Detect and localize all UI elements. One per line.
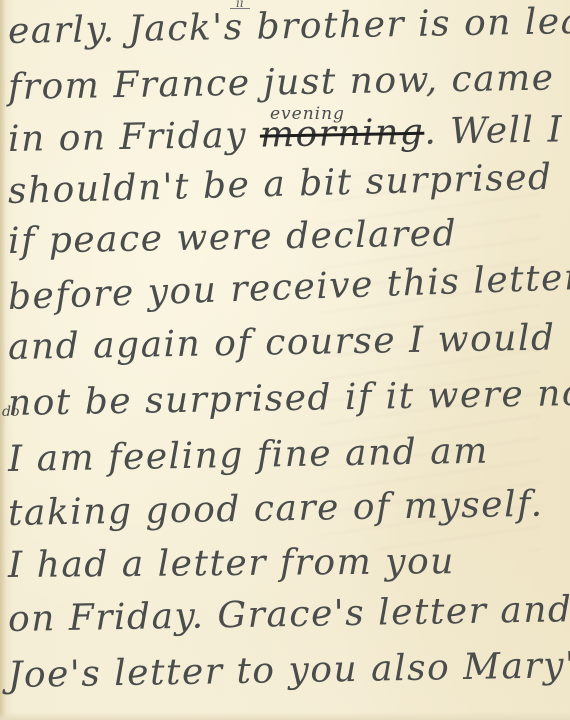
handwritten-line-5: if peace were declared: [8, 214, 458, 262]
struck-out-word: morning: [260, 112, 425, 156]
handwritten-line-9: I am feeling fine and am: [8, 432, 489, 480]
paper-bottom-edge: [0, 712, 570, 720]
handwritten-line-12: on Friday. Grace's letter and: [8, 590, 570, 640]
paper-left-edge: [0, 0, 6, 720]
line-3-end: . Well I: [424, 109, 564, 152]
handwritten-line-1: early. Jack's brother is on leave: [8, 1, 570, 52]
handwritten-line-2: from France just now, came: [8, 58, 555, 108]
handwritten-line-11: I had a letter from you: [8, 542, 455, 586]
line-3-start: in on Friday: [8, 115, 261, 160]
letter-page: ii early. Jack's brother is on leave fro…: [0, 0, 570, 720]
handwritten-line-13: Joe's letter to you also Mary's: [8, 646, 570, 696]
handwritten-line-3: in on Friday morning. Well I: [8, 110, 564, 160]
